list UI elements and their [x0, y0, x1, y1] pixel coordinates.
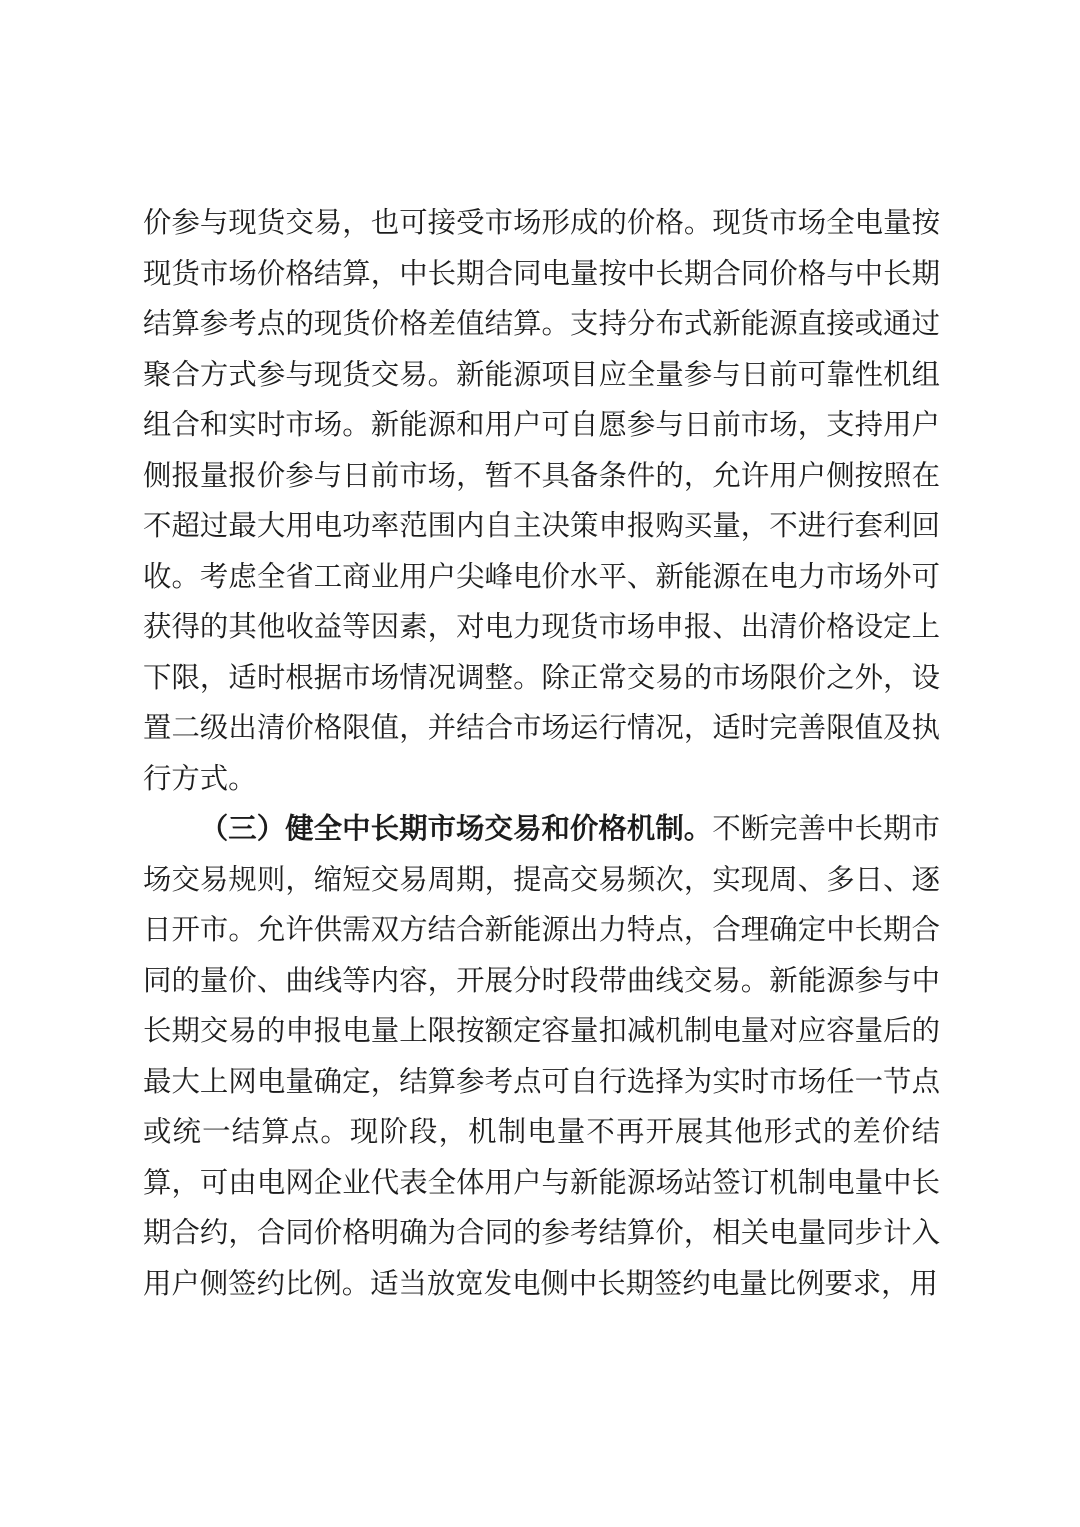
paragraph-text: 不断完善中长期市场交易规则，缩短交易周期，提高交易频次，实现周、多日、逐日开市。…	[143, 814, 940, 1300]
paragraph-section-3: （三）健全中长期市场交易和价格机制。不断完善中长期市场交易规则，缩短交易周期，提…	[143, 805, 940, 1310]
document-page: 价参与现货交易，也可接受市场形成的价格。现货市场全电量按现货市场价格结算，中长期…	[0, 0, 1080, 1527]
paragraph-text: 价参与现货交易，也可接受市场形成的价格。现货市场全电量按现货市场价格结算，中长期…	[143, 208, 940, 795]
paragraph-continuation: 价参与现货交易，也可接受市场形成的价格。现货市场全电量按现货市场价格结算，中长期…	[143, 199, 940, 805]
document-body: 价参与现货交易，也可接受市场形成的价格。现货市场全电量按现货市场价格结算，中长期…	[143, 199, 940, 1310]
section-heading: （三）健全中长期市场交易和价格机制。	[200, 814, 712, 845]
